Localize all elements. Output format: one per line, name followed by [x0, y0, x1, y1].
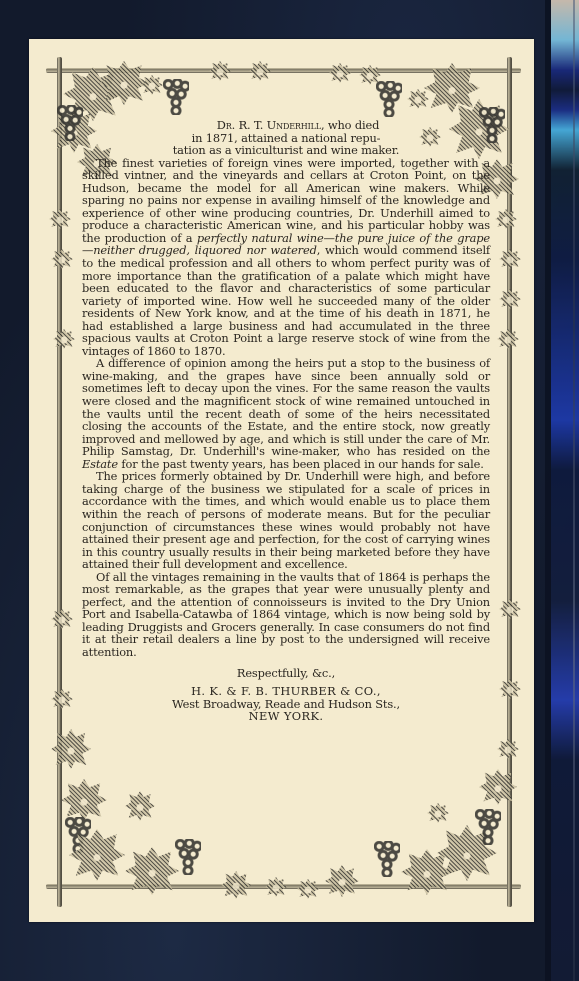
intro-paragraph: Dr. R. T. Underhill, who died in 1871, a…	[82, 119, 490, 157]
vine-leaf-icon	[325, 865, 359, 897]
vine-leaf-icon	[497, 739, 519, 759]
paragraph-vintage-1864: Of all the vintages remaining in the vau…	[82, 571, 490, 659]
trellis-post-left	[57, 57, 62, 907]
grape-cluster-icon	[57, 105, 83, 141]
vine-leaf-icon	[495, 209, 517, 229]
vine-leaf-icon	[297, 879, 319, 899]
vine-leaf-icon	[249, 61, 271, 81]
vine-leaf-icon	[499, 599, 521, 619]
vine-leaf-icon	[209, 61, 231, 81]
vine-leaf-icon	[499, 249, 521, 269]
vine-leaf-icon	[265, 877, 287, 897]
company-name: H. K. & F. B. THURBER & CO.,	[82, 685, 490, 698]
vine-leaf-icon	[499, 289, 521, 309]
vine-leaf-icon	[51, 689, 73, 709]
grape-cluster-icon	[163, 79, 189, 115]
vine-leaf-icon	[61, 779, 107, 821]
grape-cluster-icon	[376, 81, 402, 117]
vine-leaf-icon	[51, 609, 73, 629]
vine-leaf-icon	[125, 791, 155, 821]
paragraph-history: The finest varieties of foreign vines we…	[82, 157, 490, 358]
backdrop-edge-strip	[545, 0, 579, 981]
grape-cluster-icon	[175, 839, 201, 875]
signature-block: Respectfully, &c., H. K. & F. B. THURBER…	[82, 667, 490, 723]
salutation: Respectfully, &c.,	[82, 667, 490, 680]
grape-cluster-icon	[374, 841, 400, 877]
card-text: Dr. R. T. Underhill, who died in 1871, a…	[82, 119, 490, 723]
vine-leaf-icon	[49, 209, 71, 229]
vine-leaf-icon	[51, 249, 73, 269]
paragraph-heirs: A difference of opinion among the heirs …	[82, 357, 490, 470]
vine-leaf-icon	[329, 63, 351, 83]
vine-leaf-icon	[125, 847, 179, 895]
vine-leaf-icon	[499, 679, 521, 699]
company-city: NEW YORK.	[82, 710, 490, 723]
vine-leaf-icon	[221, 871, 251, 899]
paragraph-prices: The prices formerly obtained by Dr. Unde…	[82, 470, 490, 570]
vine-leaf-icon	[407, 89, 429, 109]
grape-cluster-icon	[475, 809, 501, 845]
trade-card: Dr. R. T. Underhill, who died in 1871, a…	[29, 39, 534, 922]
vine-leaf-icon	[141, 75, 163, 95]
vine-leaf-icon	[497, 329, 519, 349]
vine-leaf-icon	[427, 803, 449, 823]
